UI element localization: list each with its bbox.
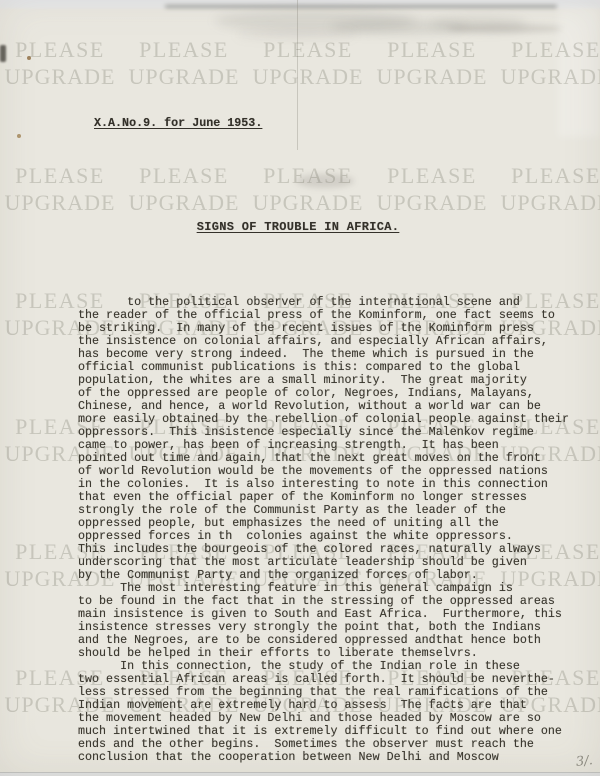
watermark-text: PLEASEUPGRADE [370, 36, 494, 90]
watermark-text: PLEASEUPGRADE [122, 36, 246, 90]
paragraph: to the political observer of the interna… [78, 296, 578, 582]
paragraph: The most interesting feature in this gen… [78, 582, 578, 660]
scanned-document-page: PLEASEUPGRADEPLEASEUPGRADEPLEASEUPGRADEP… [0, 0, 600, 776]
watermark-text: PLEASEUPGRADE [246, 36, 370, 90]
watermark-text: PLEASEUPGRADE [246, 162, 370, 216]
watermark-text: PLEASEUPGRADE [494, 36, 600, 90]
paragraph: In this connection, the study of the Ind… [78, 660, 578, 764]
watermark-text: PLEASEUPGRADE [370, 162, 494, 216]
doc-body: to the political observer of the interna… [78, 296, 578, 764]
watermark-text: PLEASEUPGRADE [0, 162, 122, 216]
doc-reference-number: X.A.No.9. for June 1953. [94, 116, 262, 130]
handwritten-mark: 3/. [575, 753, 593, 770]
watermark-text: PLEASEUPGRADE [494, 162, 600, 216]
doc-title: SIGNS OF TROUBLE IN AFRICA. [0, 220, 596, 234]
watermark-text: PLEASEUPGRADE [0, 36, 122, 90]
watermark-text: PLEASEUPGRADE [122, 162, 246, 216]
